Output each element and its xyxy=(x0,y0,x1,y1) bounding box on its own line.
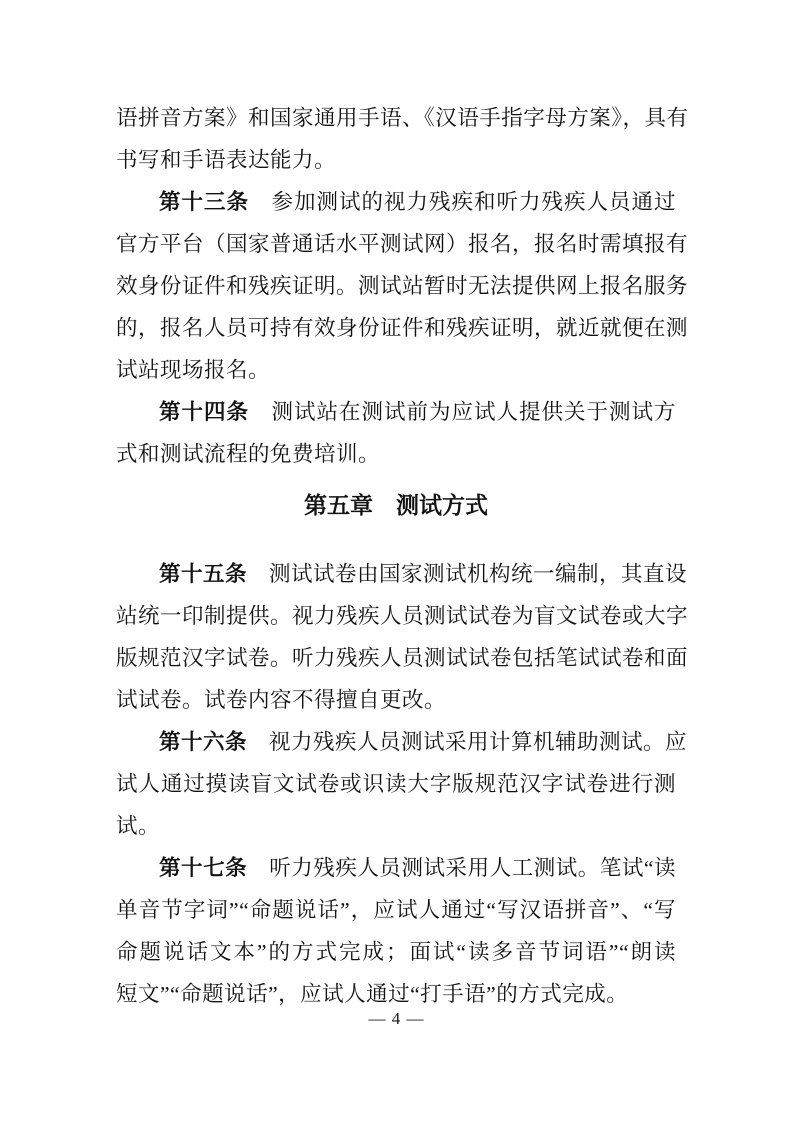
text-line: 第十五条 测试试卷由国家测试机构统一编制，其直设 xyxy=(116,553,676,595)
text-line: 试试卷。试卷内容不得擅自更改。 xyxy=(116,679,676,721)
body-text: 短文”“命题说话”，应试人通过“打手语”的方式完成。 xyxy=(116,982,628,1006)
body-text: 书写和手语表达能力。 xyxy=(116,148,336,172)
body-text: 参加测试的视力残疾和听力残疾人员通过 xyxy=(249,190,676,214)
body-text: 命题说话文本”的方式完成；面试“读多音节词语”“朗读 xyxy=(116,940,676,964)
text-line: 官方平台（国家普通话水平测试网）报名，报名时需填报有 xyxy=(116,223,676,265)
text-line: 的，报名人员可持有效身份证件和残疾证明，就近就便在测 xyxy=(116,307,676,349)
body-text: 效身份证件和残疾证明。测试站暂时无法提供网上报名服务 xyxy=(116,274,688,298)
text-line: 站统一印制提供。视力残疾人员测试试卷为盲文试卷或大字 xyxy=(116,595,676,637)
body-text: 站统一印制提供。视力残疾人员测试试卷为盲文试卷或大字 xyxy=(116,604,688,628)
body-text: 单音节字词”“命题说话”，应试人通过“写汉语拼音”、“写 xyxy=(116,898,676,922)
article-number: 第十三条 xyxy=(159,190,249,214)
text-line: 命题说话文本”的方式完成；面试“读多音节词语”“朗读 xyxy=(116,931,676,973)
body-text: 试。 xyxy=(116,814,160,838)
article-number: 第十五条 xyxy=(159,562,247,586)
text-line: 第十七条 听力残疾人员测试采用人工测试。笔试“读 xyxy=(116,847,676,889)
text-line: 效身份证件和残疾证明。测试站暂时无法提供网上报名服务 xyxy=(116,265,676,307)
chapter-heading: 第五章 测试方式 xyxy=(116,485,676,527)
article-number: 第十六条 xyxy=(159,730,247,754)
text-line: 式和测试流程的免费培训。 xyxy=(116,433,676,475)
text-line: 试。 xyxy=(116,805,676,847)
text-line: 第十三条 参加测试的视力残疾和听力残疾人员通过 xyxy=(116,181,676,223)
text-line: 版规范汉字试卷。听力残疾人员测试试卷包括笔试试卷和面 xyxy=(116,637,676,679)
body-text: 的，报名人员可持有效身份证件和残疾证明，就近就便在测 xyxy=(116,316,688,340)
text-line: 语拼音方案》和国家通用手语、《汉语手指字母方案》，具有 xyxy=(116,97,676,139)
body-text: 官方平台（国家普通话水平测试网）报名，报名时需填报有 xyxy=(116,232,688,256)
document-page: 语拼音方案》和国家通用手语、《汉语手指字母方案》，具有 书写和手语表达能力。 第… xyxy=(0,0,793,1122)
text-line: 单音节字词”“命题说话”，应试人通过“写汉语拼音”、“写 xyxy=(116,889,676,931)
text-line: 第十四条 测试站在测试前为应试人提供关于测试方 xyxy=(116,391,676,433)
article-number: 第十四条 xyxy=(159,400,249,424)
body-text: 视力残疾人员测试采用计算机辅助测试。应 xyxy=(247,730,687,754)
body-text: 版规范汉字试卷。听力残疾人员测试试卷包括笔试试卷和面 xyxy=(116,646,688,670)
document-body: 语拼音方案》和国家通用手语、《汉语手指字母方案》，具有 书写和手语表达能力。 第… xyxy=(116,97,676,1015)
body-text: 语拼音方案》和国家通用手语、《汉语手指字母方案》，具有 xyxy=(116,106,689,130)
article-number: 第十七条 xyxy=(159,856,247,880)
body-text: 测试站在测试前为应试人提供关于测试方 xyxy=(249,400,676,424)
page-number: — 4 — xyxy=(0,1009,793,1029)
body-text: 试人通过摸读盲文试卷或识读大字版规范汉字试卷进行测 xyxy=(116,772,676,796)
body-text: 测试试卷由国家测试机构统一编制，其直设 xyxy=(247,562,687,586)
body-text: 试试卷。试卷内容不得擅自更改。 xyxy=(116,688,446,712)
body-text: 试站现场报名。 xyxy=(116,358,270,382)
text-line: 书写和手语表达能力。 xyxy=(116,139,676,181)
body-text: 听力残疾人员测试采用人工测试。笔试“读 xyxy=(247,856,676,880)
text-line: 试站现场报名。 xyxy=(116,349,676,391)
text-line: 第十六条 视力残疾人员测试采用计算机辅助测试。应 xyxy=(116,721,676,763)
body-text: 式和测试流程的免费培训。 xyxy=(116,442,380,466)
text-line: 试人通过摸读盲文试卷或识读大字版规范汉字试卷进行测 xyxy=(116,763,676,805)
